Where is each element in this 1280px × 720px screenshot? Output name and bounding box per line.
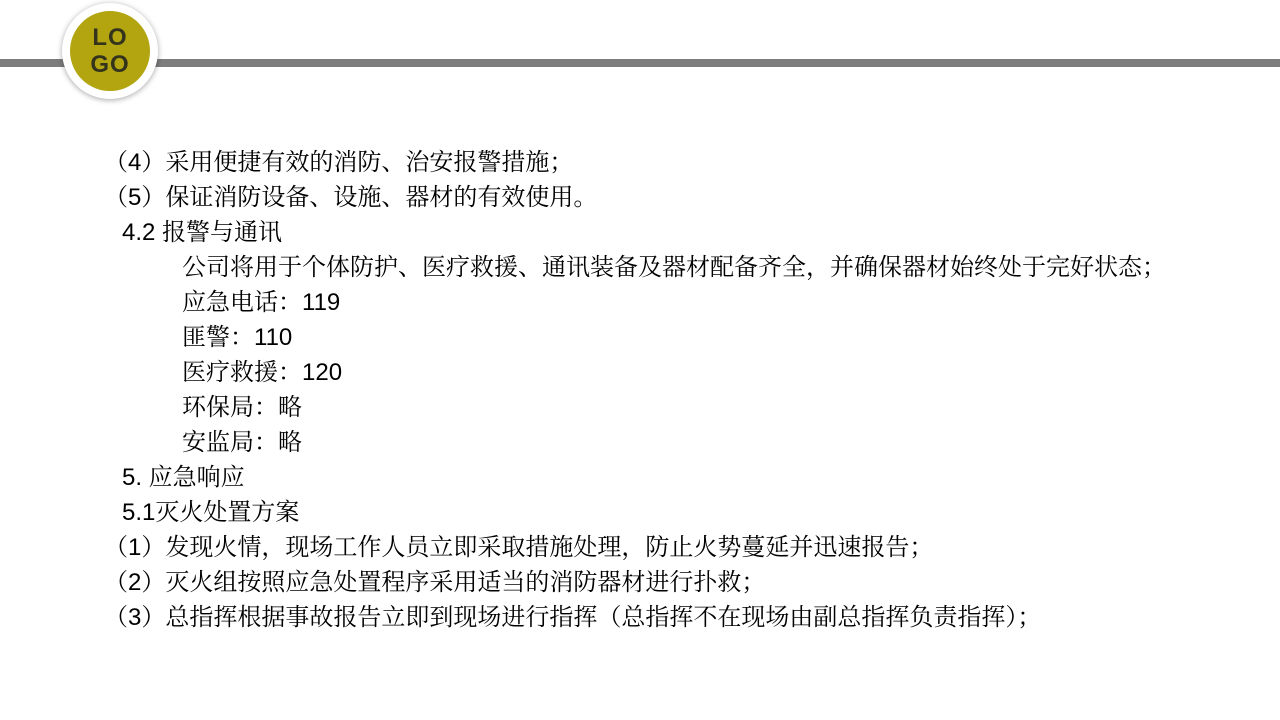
content-line-9: 安监局：略 bbox=[104, 425, 1166, 460]
content-line-10: 5. 应急响应 bbox=[104, 460, 1166, 495]
content-line-4: 公司将用于个体防护、医疗救援、通讯装备及器材配备齐全，并确保器材始终处于完好状态… bbox=[104, 250, 1166, 285]
header-divider-line bbox=[0, 59, 1280, 67]
content-line-14: （3）总指挥根据事故报告立即到现场进行指挥（总指挥不在现场由副总指挥负责指挥）； bbox=[104, 600, 1166, 635]
content-line-13: （2）灭火组按照应急处置程序采用适当的消防器材进行扑救； bbox=[104, 565, 1166, 600]
content-line-6: 匪警：110 bbox=[104, 320, 1166, 355]
logo-badge: LO GO bbox=[62, 3, 158, 99]
content-line-2: （5）保证消防设备、设施、器材的有效使用。 bbox=[104, 180, 1166, 215]
content-line-3: 4.2 报警与通讯 bbox=[104, 215, 1166, 250]
content-line-8: 环保局：略 bbox=[104, 390, 1166, 425]
content-line-12: （1）发现火情，现场工作人员立即采取措施处理，防止火势蔓延并迅速报告； bbox=[104, 530, 1166, 565]
logo-text-line1: LO bbox=[92, 24, 127, 51]
logo-text-line2: GO bbox=[90, 51, 129, 78]
content-line-11: 5.1灭火处置方案 bbox=[104, 495, 1166, 530]
content-line-1: （4）采用便捷有效的消防、治安报警措施； bbox=[104, 145, 1166, 180]
content-line-7: 医疗救援：120 bbox=[104, 355, 1166, 390]
presentation-slide: LO GO （4）采用便捷有效的消防、治安报警措施； （5）保证消防设备、设施、… bbox=[0, 0, 1280, 720]
slide-body-text: （4）采用便捷有效的消防、治安报警措施； （5）保证消防设备、设施、器材的有效使… bbox=[104, 145, 1166, 635]
content-line-5: 应急电话：119 bbox=[104, 285, 1166, 320]
